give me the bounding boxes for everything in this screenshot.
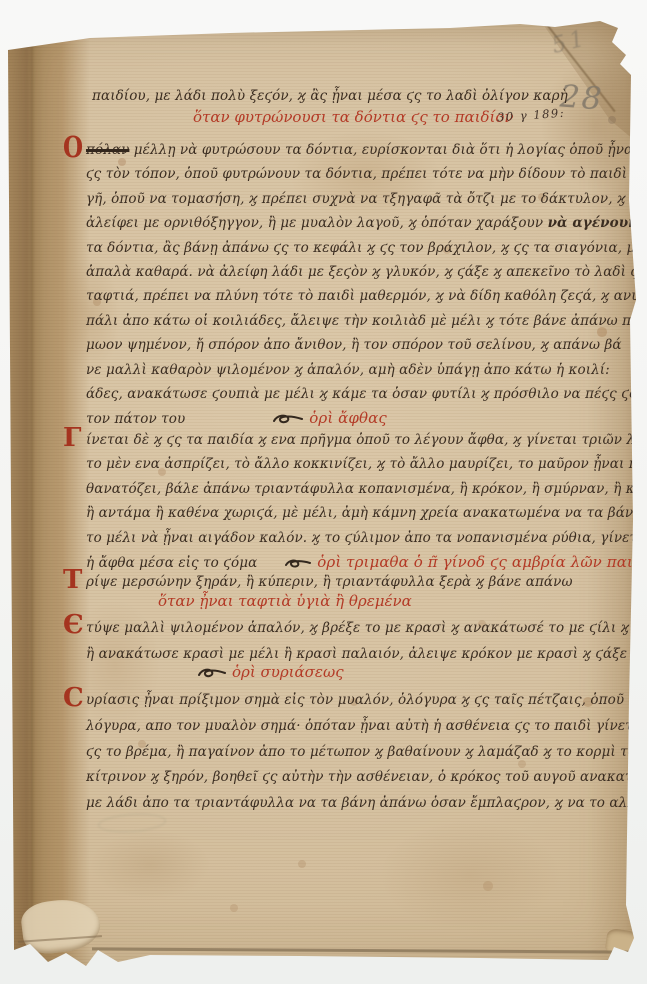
paragraph-tail: τον πάτον του xyxy=(86,411,185,427)
text-line: ϛς τὸν τόπον, ὁποῦ φυτρώνουν τα δόντια, … xyxy=(86,162,631,186)
gutter-crease xyxy=(31,40,33,959)
text-line: γῆ, ὁποῦ να τομασήση, ϗ πρέπει συχνὰ να … xyxy=(86,187,631,211)
text-line: ἁπαλὰ καθαρά. νὰ ἀλείφη λάδι με ξεϛὸν ϗ … xyxy=(86,260,631,284)
flourish-icon xyxy=(198,664,226,683)
rubric-heading-syriasis: ὁρὶ συριάσεως xyxy=(232,663,344,681)
text-line: λόγυρα, απο τον μυαλὸν σημά· ὁπόταν ᾖναι… xyxy=(86,714,631,740)
rubric-heading-trimatha: ὁρὶ τριμαθα ὁ π̃ γίνοδ ϛς αμβρία λῶν παι… xyxy=(317,553,647,571)
text-line: ἢ αντάμα ἢ καθένα χωριϛά, μὲ μέλι, ἀμὴ κ… xyxy=(86,501,631,525)
scanned-photo: 51 28 παιδίου, με λάδι πολὺ ξεϛόν, ϗ ἂς … xyxy=(0,0,647,984)
paragraph-teething: Ο πόλαν μέλλῃ νὰ φυτρώσουν τα δόντια, ευ… xyxy=(86,138,631,431)
initial-capital: Ϲ xyxy=(63,685,84,711)
paragraph-tail: ἡ ἄφθα μέσα εἰς το ϛόμα xyxy=(86,555,257,571)
rubric-heading-ears: ὅταν ᾖναι ταφτιὰ ὑγιὰ ἢ θρεμένα xyxy=(158,592,412,610)
text-line: το μέλι νὰ ᾖναι αιγάδον καλόν. ϗ το ϛύλι… xyxy=(86,526,631,550)
text-line: ρίψε μερσώνην ξηράν, ἢ κύπεριν, ἢ τριαντ… xyxy=(86,570,631,594)
text-span: ἀλείφει με ορνιθόξηγγον, ἢ με μυαλὸν λαγ… xyxy=(86,215,548,231)
rubric-row-syriasis: ὁρὶ συριάσεως xyxy=(198,662,344,683)
text-line: πάλι ἀπο κάτω οἱ κοιλιάδες, ἄλειψε τὴν κ… xyxy=(86,309,631,333)
bottom-right-tab xyxy=(604,928,641,958)
text-line: ϛς το βρέμα, ἢ παγαίνον ἀπο το μέτωπον ϗ… xyxy=(86,740,631,766)
text-line: με λάδι ἀπο τα τριαντάφυλλα να τα βάνη ἀ… xyxy=(86,791,631,817)
manuscript-page: 51 28 παιδίου, με λάδι πολὺ ξεϛόν, ϗ ἂς … xyxy=(0,0,647,984)
text-line: υρίασις ᾖναι πρίξιμον σημὰ εἰς τὸν μυαλό… xyxy=(86,688,631,714)
emphasized-words: νὰ αγένουν= xyxy=(548,215,647,231)
text-line: θανατόζει, βάλε ἀπάνω τριαντάφυλλα κοπαν… xyxy=(86,477,631,501)
initial-capital: Γ xyxy=(63,425,81,451)
text-line: ἀλείφει με ορνιθόξηγγον, ἢ με μυαλὸν λαγ… xyxy=(86,211,631,235)
struck-word: πόλαν xyxy=(86,142,129,158)
paragraph-aphthas: Γ ίνεται δὲ ϗ ϛς τα παιδία ϗ ενα πρῆγμα … xyxy=(86,428,631,574)
text-line: νε μαλλὶ καθαρὸν ψιλομένον ϗ ἁπαλόν, αμὴ… xyxy=(86,358,631,382)
initial-capital: Ο xyxy=(63,132,82,165)
text-line: κίτρινον ϗ ξηρόν, βοηθεῖ ϛς αὐτὴν τὴν ασ… xyxy=(86,765,631,791)
rubric-heading-aphthas: ὁρὶ ἄφθας xyxy=(309,409,387,427)
foxing-dots xyxy=(0,0,4,4)
text-line: πόλαν μέλλῃ νὰ φυτρώσουν τα δόντια, ευρί… xyxy=(86,138,631,162)
text-line: τύψε μαλλὶ ψιλομένον ἁπαλόν, ϗ βρέξε το … xyxy=(86,615,631,641)
text-line: τα δόντια, ἂς βάνῃ ἀπάνω ϛς το κεφάλι ϗ … xyxy=(86,236,631,260)
text-span: μέλλῃ νὰ φυτρώσουν τα δόντια, ευρίσκοντα… xyxy=(134,142,639,158)
catchline: παιδίου, με λάδι πολὺ ξεϛόν, ϗ ἂς ᾖναι μ… xyxy=(92,84,568,108)
initial-capital: Τ xyxy=(63,567,82,593)
initial-capital: Є xyxy=(63,612,84,638)
rubric-heading-teething: ὅταν φυτρώνουσι τα δόντια ϛς το παιδίον xyxy=(193,108,514,126)
paragraph-ears: Є τύψε μαλλὶ ψιλομένον ἁπαλόν, ϗ βρέξε τ… xyxy=(86,615,631,667)
text-line: ἢ ανακάτωσε κρασὶ με μέλι ἢ κρασὶ παλαιό… xyxy=(86,641,631,667)
paragraph-syriasis: Ϲ υρίασις ᾖναι πρίξιμον σημὰ εἰς τὸν μυα… xyxy=(86,688,631,817)
text-line: ταφτιά, πρέπει να πλύνη τότε τὸ παιδὶ μα… xyxy=(86,284,631,308)
text-line: άδες, ανακάτωσε ϛουπιὰ με μέλι ϗ κάμε τα… xyxy=(86,382,631,406)
text-line: το μὲν ενα ἀσπρίζει, τὸ ἄλλο κοκκινίζει,… xyxy=(86,452,631,476)
text-line: ίνεται δὲ ϗ ϛς τα παιδία ϗ ενα πρῆγμα ὁπ… xyxy=(86,428,631,452)
paragraph-trimatha: Τ ρίψε μερσώνην ξηράν, ἢ κύπεριν, ἢ τρια… xyxy=(86,570,631,594)
text-line: μωον ψημένον, ἤ σπόρον ἀπο ἄνιθον, ἢ τον… xyxy=(86,333,631,357)
